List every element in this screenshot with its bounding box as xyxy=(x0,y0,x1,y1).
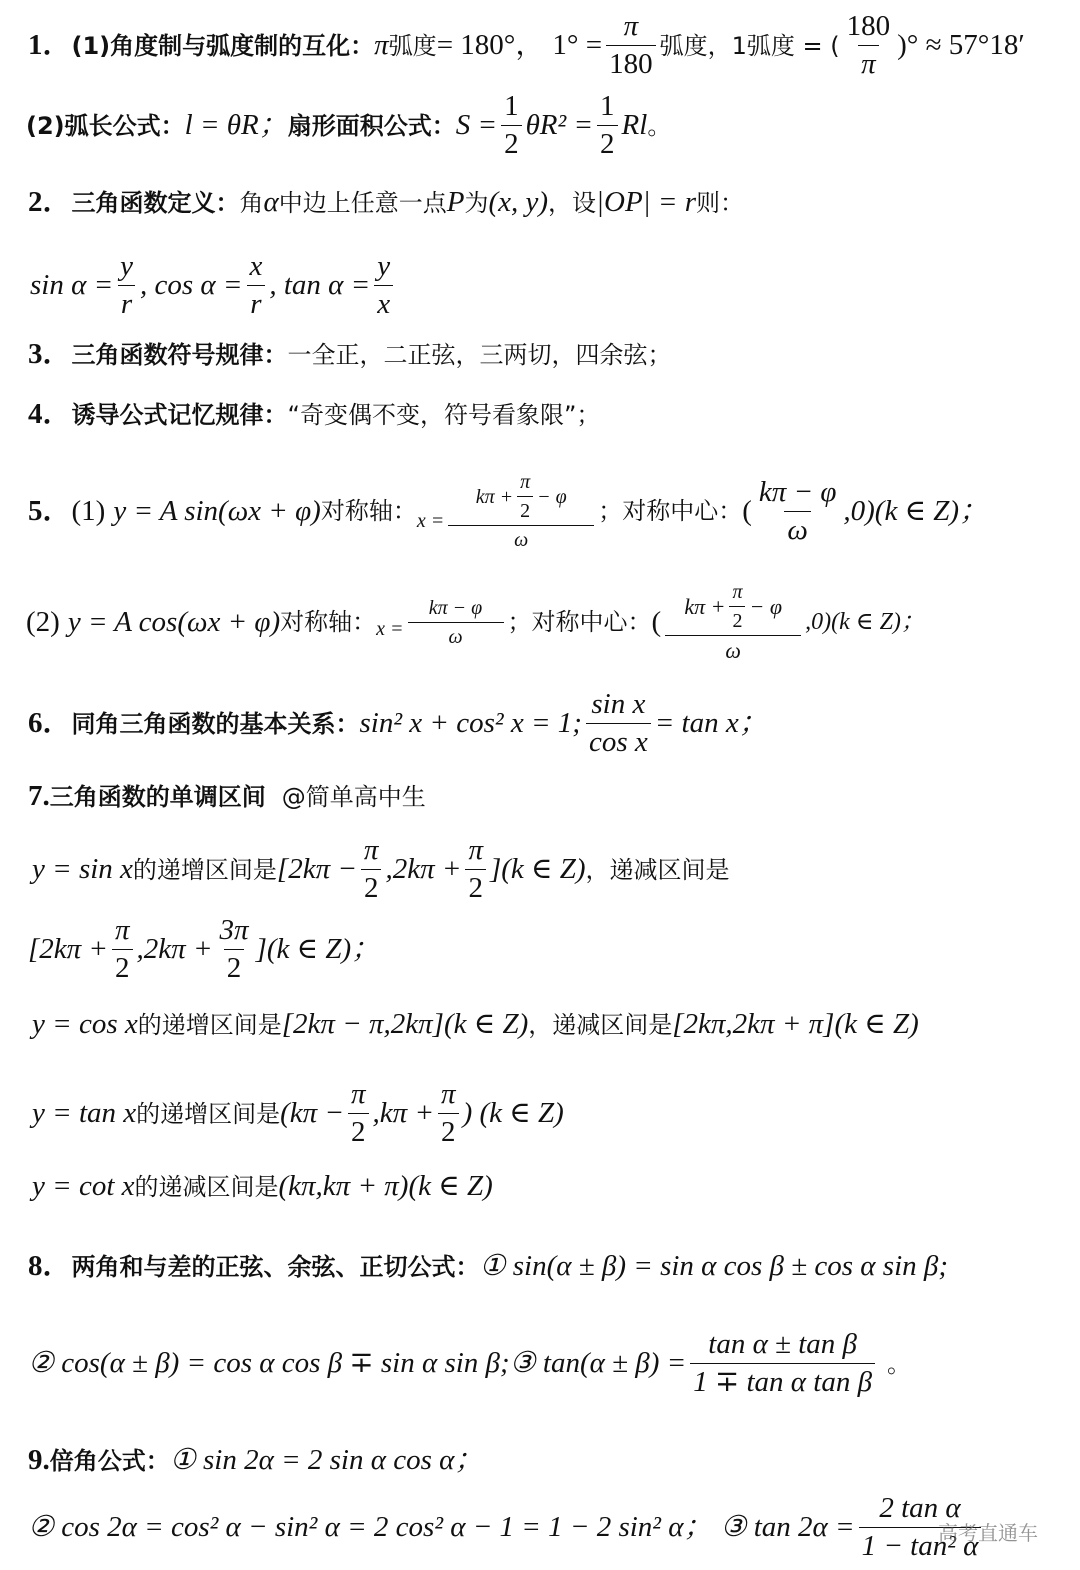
section-number: 8． xyxy=(28,1252,72,1281)
math: ](k ∈ Z) xyxy=(490,855,586,884)
watermark: 高考直通车 xyxy=(938,1517,1038,1546)
section-title: 三角函数定义： xyxy=(72,191,240,215)
section-title: (1)角度制与弧度制的互化： xyxy=(72,34,375,58)
numerator: 1 xyxy=(597,92,618,125)
label: 对称轴： xyxy=(280,610,376,634)
section-number: 4． xyxy=(28,400,72,429)
math: )° ≈ 57°18′ xyxy=(897,31,1025,60)
denominator: 2 xyxy=(517,496,533,521)
numerator: y xyxy=(374,252,393,285)
math: ,2kπ + xyxy=(137,935,213,964)
section-number: 1． xyxy=(28,31,72,60)
fraction: π 180 xyxy=(606,12,656,79)
fraction: 3π 2 xyxy=(217,916,252,983)
math: ② cos 2α = cos² α − sin² α = 2 cos² α − … xyxy=(28,1513,712,1542)
text: ，设 xyxy=(548,191,596,215)
math: ③ tan 2α = xyxy=(720,1513,854,1542)
section-9-line-1: 9. 倍角公式： ① sin 2α = 2 sin α cos α； xyxy=(28,1446,483,1475)
numerator: 3π xyxy=(217,916,252,949)
math: 1° = xyxy=(552,31,602,60)
math: α xyxy=(264,188,279,217)
text: 的递减区间是 xyxy=(135,1175,279,1199)
section-title: (2)弧长公式： xyxy=(26,114,185,138)
math: , tan α = xyxy=(269,271,370,300)
label: 对称轴： xyxy=(321,499,417,523)
math: |OP| = r xyxy=(596,188,696,217)
denominator: x xyxy=(374,285,393,319)
numerator: π xyxy=(438,1080,459,1113)
math: [2kπ + xyxy=(28,935,108,964)
math: y = tan x xyxy=(32,1099,136,1128)
section-1-line-1: 1． (1)角度制与弧度制的互化： π 弧度 = 180°， 1° = π 18… xyxy=(28,12,1025,79)
math: ② cos(α ± β) = cos α cos β ∓ sin α sin β… xyxy=(28,1349,510,1378)
denominator: 2 xyxy=(438,1113,459,1147)
section-1-line-2: (2)弧长公式： l = θR； 扇形面积公式： S = 1 2 θR² = 1… xyxy=(26,92,671,159)
denominator: ω xyxy=(665,635,801,662)
section-5-part-2: (2) y = A cos(ωx + φ) 对称轴： x = kπ − φ ω … xyxy=(26,582,925,662)
label: (1) xyxy=(72,497,106,526)
math: (x, y) xyxy=(488,188,548,217)
section-6: 6． 同角三角函数的基本关系： sin² x + cos² x = 1; sin… xyxy=(28,690,768,757)
fraction: sin x cos x xyxy=(586,690,651,757)
fraction: kπ + π 2 − φ ω xyxy=(448,472,594,550)
denominator: cos x xyxy=(586,723,651,757)
section-number: 7. xyxy=(28,782,50,811)
denominator: r xyxy=(247,285,264,319)
section-9-line-2: ② cos 2α = cos² α − sin² α = 2 cos² α − … xyxy=(28,1494,985,1561)
label: 扇形面积公式： xyxy=(288,114,456,138)
fraction: kπ − φ ω xyxy=(408,598,504,647)
math: ① sin(α ± β) = sin α cos β ± cos α sin β… xyxy=(480,1252,948,1281)
denominator: π xyxy=(858,45,879,79)
text: 。 xyxy=(887,1352,911,1376)
denominator: 1 ∓ tan α tan β xyxy=(690,1363,875,1397)
text: 。 xyxy=(647,114,671,138)
math: ,0)(k ∈ Z)； xyxy=(843,497,988,526)
math: θR² = xyxy=(526,111,593,140)
label: (2) xyxy=(26,608,60,637)
section-7-tan: y = tan x 的递增区间是 (kπ − π 2 ,kπ + π 2 ) (… xyxy=(32,1080,564,1147)
fraction: π 2 xyxy=(517,472,533,521)
math: ,0)(k ∈ Z)； xyxy=(805,610,925,634)
math: ) (k ∈ Z) xyxy=(463,1099,564,1128)
fraction: y x xyxy=(374,252,393,319)
fraction: 1 2 xyxy=(501,92,522,159)
math: y = cos x xyxy=(32,1010,138,1039)
section-title: 三角函数的单调区间 xyxy=(50,785,266,809)
math: y = A cos(ωx + φ) xyxy=(68,608,280,637)
fraction: π 2 xyxy=(438,1080,459,1147)
denominator: ω xyxy=(448,525,594,550)
section-number: 5． xyxy=(28,497,72,526)
fraction: π 2 xyxy=(729,582,745,631)
fraction: x r xyxy=(246,252,265,319)
fraction: tan α ± tan β 1 ∓ tan α tan β xyxy=(690,1330,875,1397)
denominator: r xyxy=(118,285,135,319)
text: 角 xyxy=(240,191,264,215)
math: sin² x + cos² x = 1; xyxy=(360,709,582,738)
math: (kπ − xyxy=(280,1099,344,1128)
section-title: 倍角公式： xyxy=(50,1449,170,1473)
section-3: 3． 三角函数符号规律： 一全正，二正弦，三两切，四余弦； xyxy=(28,340,672,369)
numerator: kπ − φ xyxy=(756,478,840,511)
fraction: π 2 xyxy=(361,836,382,903)
math: ](k ∈ Z)； xyxy=(256,935,381,964)
math: ( xyxy=(652,608,662,637)
math: ,2kπ + xyxy=(385,855,461,884)
fraction: 1 2 xyxy=(597,92,618,159)
numerator: tan α ± tan β xyxy=(705,1330,860,1363)
section-8-line-1: 8． 两角和与差的正弦、余弦、正切公式： ① sin(α ± β) = sin … xyxy=(28,1252,948,1281)
math: P xyxy=(447,188,465,217)
section-7-sin-inc: y = sin x 的递增区间是 [2kπ − π 2 ,2kπ + π 2 ]… xyxy=(32,836,730,903)
text: 的递增区间是 xyxy=(133,858,277,882)
math: , cos α = xyxy=(140,271,242,300)
math: [2kπ − xyxy=(277,855,357,884)
numerator: x xyxy=(246,252,265,285)
section-title: 三角函数符号规律： xyxy=(72,343,288,367)
denominator: 2 xyxy=(465,869,486,903)
text: 一全正，二正弦，三两切，四余弦； xyxy=(288,343,672,367)
fraction: kπ + π 2 − φ ω xyxy=(665,582,801,662)
denominator: 2 xyxy=(729,606,745,631)
math: y = cot x xyxy=(32,1172,135,1201)
section-number: 6． xyxy=(28,709,72,738)
numerator: π xyxy=(729,582,745,606)
math: (kπ,kπ + π)(k ∈ Z) xyxy=(279,1172,493,1201)
text: ，递减区间是 xyxy=(528,1013,672,1037)
fraction: π 2 xyxy=(112,916,133,983)
section-number: 9. xyxy=(28,1446,50,1475)
math: kπ + xyxy=(476,487,513,507)
numerator: π xyxy=(361,836,382,869)
section-7-title: 7. 三角函数的单调区间 @简单高中生 xyxy=(28,782,426,811)
math: = 180°， xyxy=(437,31,545,60)
numerator: 180 xyxy=(844,12,894,45)
numerator: 1 xyxy=(501,92,522,125)
fraction: 180 π xyxy=(844,12,894,79)
math: y = A sin(ωx + φ) xyxy=(113,497,320,526)
text: 的递增区间是 xyxy=(138,1013,282,1037)
math: = tan x； xyxy=(655,709,768,738)
author-tag: @简单高中生 xyxy=(282,785,426,809)
numerator: π xyxy=(621,12,642,45)
section-5-part-1: 5． (1) y = A sin(ωx + φ) 对称轴： x = kπ + π… xyxy=(28,472,988,550)
math-pi: π xyxy=(374,31,389,60)
label: ；对称中心： xyxy=(508,610,652,634)
text: 为 xyxy=(464,191,488,215)
denominator: 2 xyxy=(501,125,522,159)
math: y = sin x xyxy=(32,855,133,884)
math: S = xyxy=(456,111,497,140)
numerator: π xyxy=(112,916,133,949)
math: ① sin 2α = 2 sin α cos α； xyxy=(170,1446,484,1475)
section-title: 两角和与差的正弦、余弦、正切公式： xyxy=(72,1255,480,1279)
numerator: π xyxy=(517,472,533,496)
fraction: y r xyxy=(117,252,136,319)
denominator: 180 xyxy=(606,45,656,79)
denominator: 2 xyxy=(361,869,382,903)
math: x = xyxy=(376,619,403,639)
section-title: 诱导公式记忆规律： xyxy=(72,403,288,427)
section-8-line-2: ② cos(α ± β) = cos α cos β ∓ sin α sin β… xyxy=(28,1330,911,1397)
section-number: 2． xyxy=(28,188,72,217)
math: kπ + xyxy=(684,596,725,618)
section-title: 同角三角函数的基本关系： xyxy=(72,712,360,736)
section-2-line-2: sin α = y r , cos α = x r , tan α = y x xyxy=(30,252,397,319)
math: ,kπ + xyxy=(373,1099,434,1128)
math: ( xyxy=(742,497,752,526)
math: Rl xyxy=(622,111,648,140)
numerator: kπ − φ xyxy=(426,598,485,622)
section-2-line-1: 2． 三角函数定义： 角 α 中边上任意一点 P 为 (x, y) ，设 |OP… xyxy=(28,188,744,217)
text: 弧度 xyxy=(389,34,437,58)
denominator: 2 xyxy=(112,949,133,983)
fraction: π 2 xyxy=(348,1080,369,1147)
denominator: 2 xyxy=(224,949,245,983)
math: x = xyxy=(417,511,444,531)
text: “奇变偶不变，符号看象限”； xyxy=(288,403,601,427)
section-number: 3． xyxy=(28,340,72,369)
denominator: ω xyxy=(408,622,504,647)
math: sin α = xyxy=(30,271,113,300)
denominator: 2 xyxy=(348,1113,369,1147)
math: [2kπ,2kπ + π](k ∈ Z) xyxy=(672,1010,919,1039)
math: l = θR； xyxy=(185,111,288,140)
denominator: 2 xyxy=(597,125,618,159)
section-7-sin-dec: [2kπ + π 2 ,2kπ + 3π 2 ](k ∈ Z)； xyxy=(28,916,380,983)
label: ；对称中心： xyxy=(598,499,742,523)
denominator: ω xyxy=(784,511,810,545)
numerator: y xyxy=(117,252,136,285)
math: − φ xyxy=(749,596,782,618)
numerator: π xyxy=(465,836,486,869)
numerator: kπ + π 2 − φ xyxy=(473,472,570,525)
fraction: π 2 xyxy=(465,836,486,903)
section-4: 4． 诱导公式记忆规律： “奇变偶不变，符号看象限”； xyxy=(28,400,600,429)
numerator: π xyxy=(348,1080,369,1113)
text: 的递增区间是 xyxy=(136,1102,280,1126)
numerator: kπ + π 2 − φ xyxy=(681,582,785,635)
section-7-cos: y = cos x 的递增区间是 [2kπ − π,2kπ](k ∈ Z) ，递… xyxy=(32,1010,919,1039)
text: 弧度，1弧度 = ( xyxy=(660,34,840,58)
text: 则： xyxy=(696,191,744,215)
numerator: sin x xyxy=(588,690,648,723)
math: [2kπ − π,2kπ](k ∈ Z) xyxy=(282,1010,529,1039)
fraction: kπ − φ ω xyxy=(756,478,840,545)
math: ③ tan(α ± β) = xyxy=(510,1349,687,1378)
math: − φ xyxy=(537,487,567,507)
text: ，递减区间是 xyxy=(586,858,730,882)
text: 中边上任意一点 xyxy=(279,191,447,215)
section-7-cot: y = cot x 的递减区间是 (kπ,kπ + π)(k ∈ Z) xyxy=(32,1172,493,1201)
